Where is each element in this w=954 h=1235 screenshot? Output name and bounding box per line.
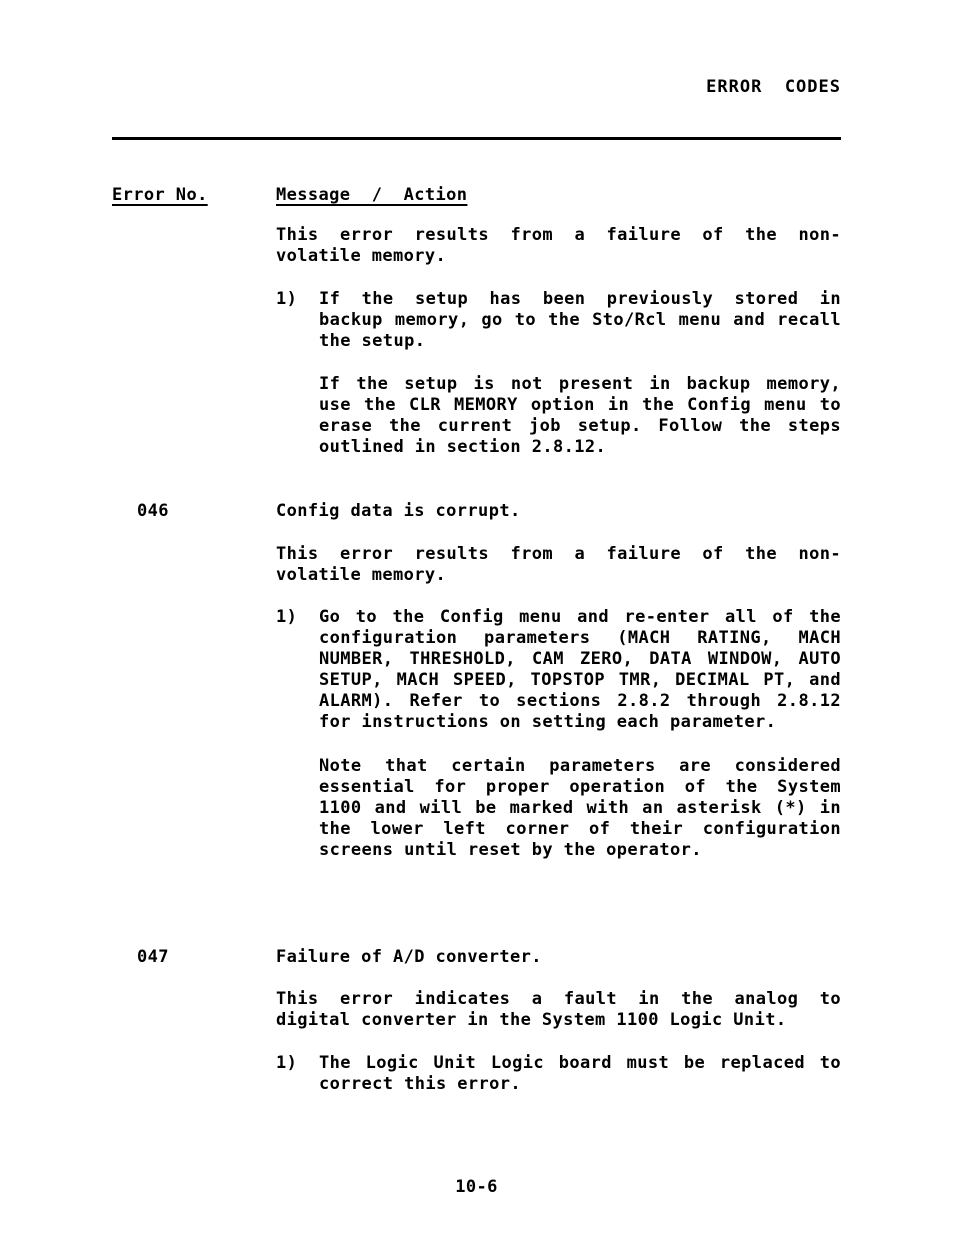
- error-section-body: This error results from a failure of the…: [276, 225, 841, 458]
- document-page: ERROR CODES Error No. Message / Action T…: [0, 0, 954, 1198]
- error-description: This error indicates a fault in the anal…: [276, 989, 841, 1031]
- action-item-number: 1): [276, 607, 319, 733]
- error-title: Failure of A/D converter.: [276, 947, 841, 968]
- action-item: 1) If the setup has been previously stor…: [276, 289, 841, 352]
- page-header-title: ERROR CODES: [706, 77, 841, 97]
- column-header-error-no-cell: Error No.: [112, 185, 276, 206]
- action-item-text: If the setup has been previously stored …: [319, 289, 841, 352]
- action-item-note: Note that certain parameters are conside…: [319, 756, 841, 861]
- page-number: 10-6: [455, 1177, 498, 1197]
- error-section-body: Failure of A/D converter. This error ind…: [276, 947, 841, 1095]
- error-section-047: 047 Failure of A/D converter. This error…: [112, 947, 841, 1095]
- action-item: 1) Go to the Config menu and re-enter al…: [276, 607, 841, 733]
- table-header-row: Error No. Message / Action: [112, 185, 841, 206]
- error-section-body: Config data is corrupt. This error resul…: [276, 501, 841, 861]
- action-item-continuation: If the setup is not present in backup me…: [319, 374, 841, 458]
- page-footer: 10-6: [112, 1177, 841, 1198]
- page-header: ERROR CODES: [112, 56, 841, 119]
- action-item: 1) The Logic Unit Logic board must be re…: [276, 1053, 841, 1095]
- error-section-046: 046 Config data is corrupt. This error r…: [112, 501, 841, 861]
- error-description: This error results from a failure of the…: [276, 544, 841, 586]
- error-number: 047: [112, 947, 276, 1095]
- action-item-text: The Logic Unit Logic board must be repla…: [319, 1053, 841, 1095]
- column-header-message-cell: Message / Action: [276, 185, 841, 206]
- header-rule: [112, 137, 841, 140]
- action-item-number: 1): [276, 289, 319, 352]
- error-section-continued: This error results from a failure of the…: [112, 225, 841, 458]
- error-title: Config data is corrupt.: [276, 501, 841, 522]
- column-header-message: Message / Action: [276, 185, 467, 205]
- column-header-error-no: Error No.: [112, 185, 208, 205]
- action-item-text: Go to the Config menu and re-enter all o…: [319, 607, 841, 733]
- action-item-number: 1): [276, 1053, 319, 1095]
- error-description: This error results from a failure of the…: [276, 225, 841, 267]
- error-number: 046: [112, 501, 276, 861]
- error-number: [112, 225, 276, 458]
